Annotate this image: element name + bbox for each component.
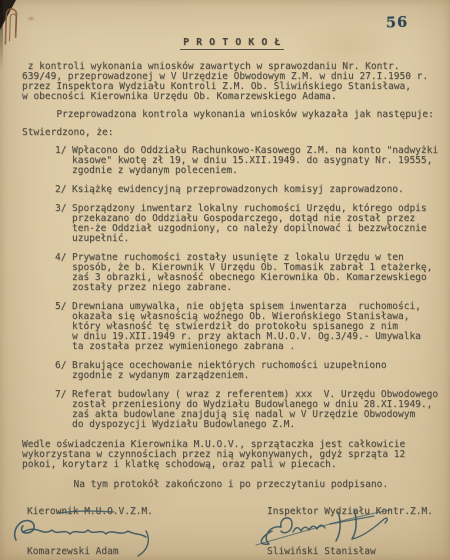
- item-number: 4/: [55, 253, 72, 293]
- paperclip-icon: [1, 4, 21, 49]
- findings-list: 1/ Wpłacono do Oddziału Rachunkowo-Kasow…: [55, 146, 442, 430]
- rust-smudge: [27, 16, 35, 21]
- signature-block-right: Inspektor Wydziału Kontr.Z.M. Sliwiński …: [267, 507, 442, 557]
- item-text: Referat budowlany ( wraz z referentem) x…: [72, 390, 442, 430]
- item-number: 1/: [55, 146, 72, 176]
- finding-item: 1/ Wpłacono do Oddziału Rachunkowo-Kasow…: [55, 146, 442, 176]
- finding-item: 7/ Referat budowlany ( wraz z referentem…: [55, 390, 442, 430]
- item-line: uzupełnić.: [72, 234, 442, 244]
- page-number: 56: [386, 14, 409, 32]
- lead-sentence: Przeprowadzona kontrola wykonania wniosk…: [22, 110, 442, 120]
- document-page: 56 P R O T O K O Ł z kontroli wykonania …: [0, 0, 450, 560]
- item-number: 7/: [55, 390, 72, 430]
- finding-item: 5/ Drewniana umywalka, nie objęta spisem…: [55, 302, 442, 352]
- closing-line: pokoi, korytarz i klatkę schodową, oraz …: [22, 460, 442, 470]
- document-title: P R O T O K O Ł: [180, 38, 284, 50]
- closing-paragraph: Wedle oświadczenia Kierownika M.U.O.V., …: [22, 440, 442, 470]
- document-body: P R O T O K O Ł z kontroli wykonania wni…: [22, 38, 442, 557]
- item-line: zostały przez niego zabrane.: [72, 283, 442, 293]
- item-number: 2/: [55, 185, 72, 195]
- finding-item: 6/ Brakujące ocechowanie niektórych ruch…: [55, 361, 442, 381]
- signatory-title-right: Inspektor Wydziału Kontr.Z.M.: [267, 507, 442, 517]
- intro-line: w obecności Kierownika Urzędu Ob. Komarz…: [22, 92, 442, 102]
- signatory-title-left: Kierownik M.U.O.V.Z.M.: [27, 507, 153, 517]
- end-statement: Na tym protokół zakończono i po przeczyt…: [22, 480, 442, 490]
- signature-row: Kierownik M.U.O.V.Z.M. Komarzewski Adam …: [22, 507, 442, 557]
- signatory-name-left: Komarzewski Adam: [27, 547, 153, 557]
- signature-block-left: Kierownik M.U.O.V.Z.M. Komarzewski Adam: [27, 507, 153, 557]
- item-number: 5/: [55, 302, 72, 352]
- signatory-name-right: Sliwiński Stanisław: [267, 547, 442, 557]
- item-line: zgodnie z wydanym zarządzeniem.: [72, 371, 442, 381]
- finding-item: 2/ Książkę ewidencyjną przeprowadzonych …: [55, 185, 442, 195]
- item-number: 6/: [55, 361, 72, 381]
- item-text: Wpłacono do Oddziału Rachunkowo-Kasowego…: [72, 146, 442, 176]
- findings-label: Stwierdzono, że:: [22, 128, 442, 138]
- item-text: Prywatne ruchomości zostały usunięte z l…: [72, 253, 442, 293]
- finding-item: 4/ Prywatne ruchomości zostały usunięte …: [55, 253, 442, 293]
- item-text: Brakujące ocechowanie niektórych ruchomo…: [72, 361, 442, 381]
- item-line: do dyspozycji Wydziału Budowlanego Z.M.: [72, 420, 442, 430]
- item-line: Książkę ewidencyjną przeprowadzonych kom…: [72, 185, 442, 195]
- finding-item: 3/ Sporządzony inwentarz lokalny ruchomo…: [55, 204, 442, 244]
- item-number: 3/: [55, 204, 72, 244]
- item-text: Drewniana umywalka, nie objęta spisem in…: [72, 302, 442, 352]
- item-line: ta została przez wymienionego zabrana .: [72, 342, 442, 352]
- item-text: Sporządzony inwentarz lokalny ruchomości…: [72, 204, 442, 244]
- item-text: Książkę ewidencyjną przeprowadzonych kom…: [72, 185, 442, 195]
- item-line: zgodnie z wydanym poleceniem.: [72, 166, 442, 176]
- intro-paragraph: z kontroli wykonania wniosków zawartych …: [22, 62, 442, 102]
